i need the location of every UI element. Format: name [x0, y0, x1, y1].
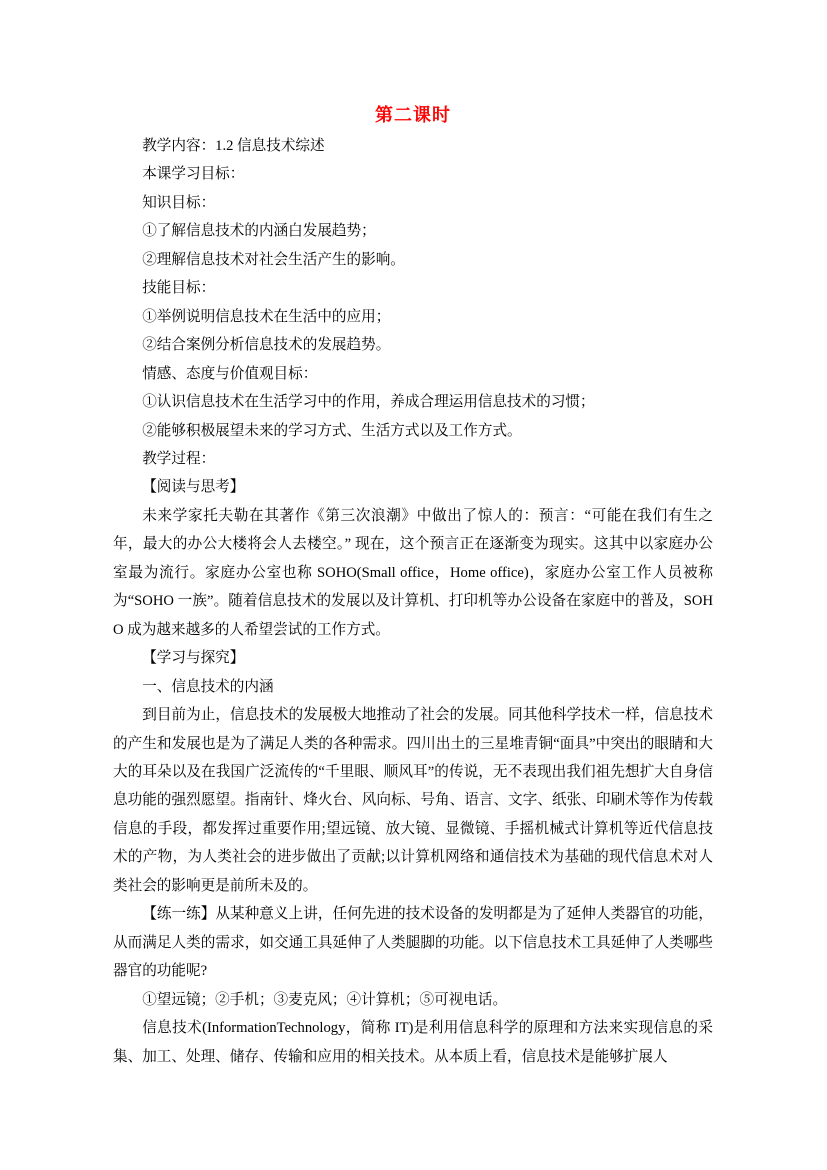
line-skill-goal-2: ②结合案例分析信息技术的发展趋势。	[113, 331, 713, 359]
line-knowledge-goals: 知识目标：	[113, 189, 713, 217]
line-teaching-process: 教学过程：	[113, 445, 713, 473]
section-learning-exploration: 【学习与探究】	[113, 644, 713, 672]
section-reading-thinking: 【阅读与思考】	[113, 473, 713, 501]
para-it-development: 到目前为止，信息技术的发展极大地推动了社会的发展。同其他科学技术一样，信息技术的…	[113, 701, 713, 900]
line-knowledge-goal-2: ②理解信息技术对社会生活产生的影响。	[113, 246, 713, 274]
line-affective-goal-2: ②能够积极展望未来的学习方式、生活方式以及工作方式。	[113, 417, 713, 445]
line-learning-goals: 本课学习目标：	[113, 160, 713, 188]
para-it-definition: 信息技术(InformationTechnology，简称 IT)是利用信息科学…	[113, 1014, 713, 1071]
line-skill-goal-1: ①举例说明信息技术在生活中的应用；	[113, 303, 713, 331]
para-practice-exercise: 【练一练】从某种意义上讲，任何先进的技术设备的发明都是为了延伸人类器官的功能，从…	[113, 900, 713, 985]
line-skill-goals: 技能目标：	[113, 274, 713, 302]
document-page: 第二课时 教学内容：1.2 信息技术综述 本课学习目标： 知识目标： ①了解信息…	[0, 0, 827, 1170]
heading-it-connotation: 一、信息技术的内涵	[113, 673, 713, 701]
line-knowledge-goal-1: ①了解信息技术的内涵白发展趋势；	[113, 217, 713, 245]
para-toffler-prediction: 未来学家托夫勒在其著作《第三次浪潮》中做出了惊人的：预言：“可能在我们有生之年，…	[113, 502, 713, 644]
line-affective-goals: 情感、态度与价值观目标：	[113, 360, 713, 388]
page-title: 第二课时	[113, 100, 713, 130]
line-practice-options: ①望远镜；②手机；③麦克风；④计算机；⑤可视电话。	[113, 986, 713, 1014]
line-teaching-content: 教学内容：1.2 信息技术综述	[113, 132, 713, 160]
line-affective-goal-1: ①认识信息技术在生活学习中的作用，养成合理运用信息技术的习惯；	[113, 388, 713, 416]
